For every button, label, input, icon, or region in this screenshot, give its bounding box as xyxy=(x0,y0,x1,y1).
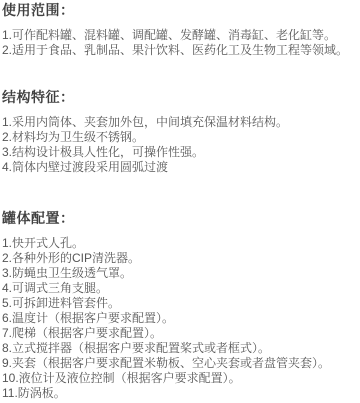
section-usage-scope: 使用范围： 1.可作配料罐、混料罐、调配罐、发酵罐、消毒缸、老化缸等。 2.适用… xyxy=(2,2,360,58)
list-item: 2.各种外形的CIP清洗器。 xyxy=(2,251,360,266)
list-item: 1.可作配料罐、混料罐、调配罐、发酵罐、消毒缸、老化缸等。 xyxy=(2,28,360,43)
list-item: 2.适用于食品、乳制品、果汁饮料、医药化工及生物工程等领域。 xyxy=(2,43,360,58)
section-heading-structural-features: 结构特征： xyxy=(2,89,360,105)
list-item: 8.立式搅拌器（根据客户要求配置桨式或者框式）。 xyxy=(2,341,360,356)
list-item: 1.采用内筒体、夹套加外包，中间填充保温材料结构。 xyxy=(2,115,360,130)
list-item: 3.防蝇虫卫生级透气罩。 xyxy=(2,266,360,281)
list-item: 2.材料均为卫生级不锈钢。 xyxy=(2,130,360,145)
list-item: 4.可调式三角支腿。 xyxy=(2,281,360,296)
list-item: 9.夹套（根据客户要求配置米勒板、空心夹套或者盘管夹套）。 xyxy=(2,356,360,371)
product-description-document: 使用范围： 1.可作配料罐、混料罐、调配罐、发酵罐、消毒缸、老化缸等。 2.适用… xyxy=(0,0,360,403)
list-item: 6.温度计（根据客户要求配置）。 xyxy=(2,311,360,326)
list-item: 4.筒体内壁过渡段采用圆弧过渡 xyxy=(2,160,360,175)
section-heading-usage-scope: 使用范围： xyxy=(2,2,360,18)
section-tank-configuration: 罐体配置： 1.快开式人孔。 2.各种外形的CIP清洗器。 3.防蝇虫卫生级透气… xyxy=(2,210,360,401)
list-item: 11.防涡板。 xyxy=(2,386,360,401)
list-item: 1.快开式人孔。 xyxy=(2,236,360,251)
list-item: 7.爬梯（根据客户要求配置）。 xyxy=(2,326,360,341)
list-item: 5.可拆卸进料管套件。 xyxy=(2,296,360,311)
list-item: 3.结构设计极具人性化，可操作性强。 xyxy=(2,145,360,160)
section-heading-tank-configuration: 罐体配置： xyxy=(2,210,360,226)
section-structural-features: 结构特征： 1.采用内筒体、夹套加外包，中间填充保温材料结构。 2.材料均为卫生… xyxy=(2,89,360,175)
list-item: 10.液位计及液位控制（根据客户要求配置）。 xyxy=(2,371,360,386)
